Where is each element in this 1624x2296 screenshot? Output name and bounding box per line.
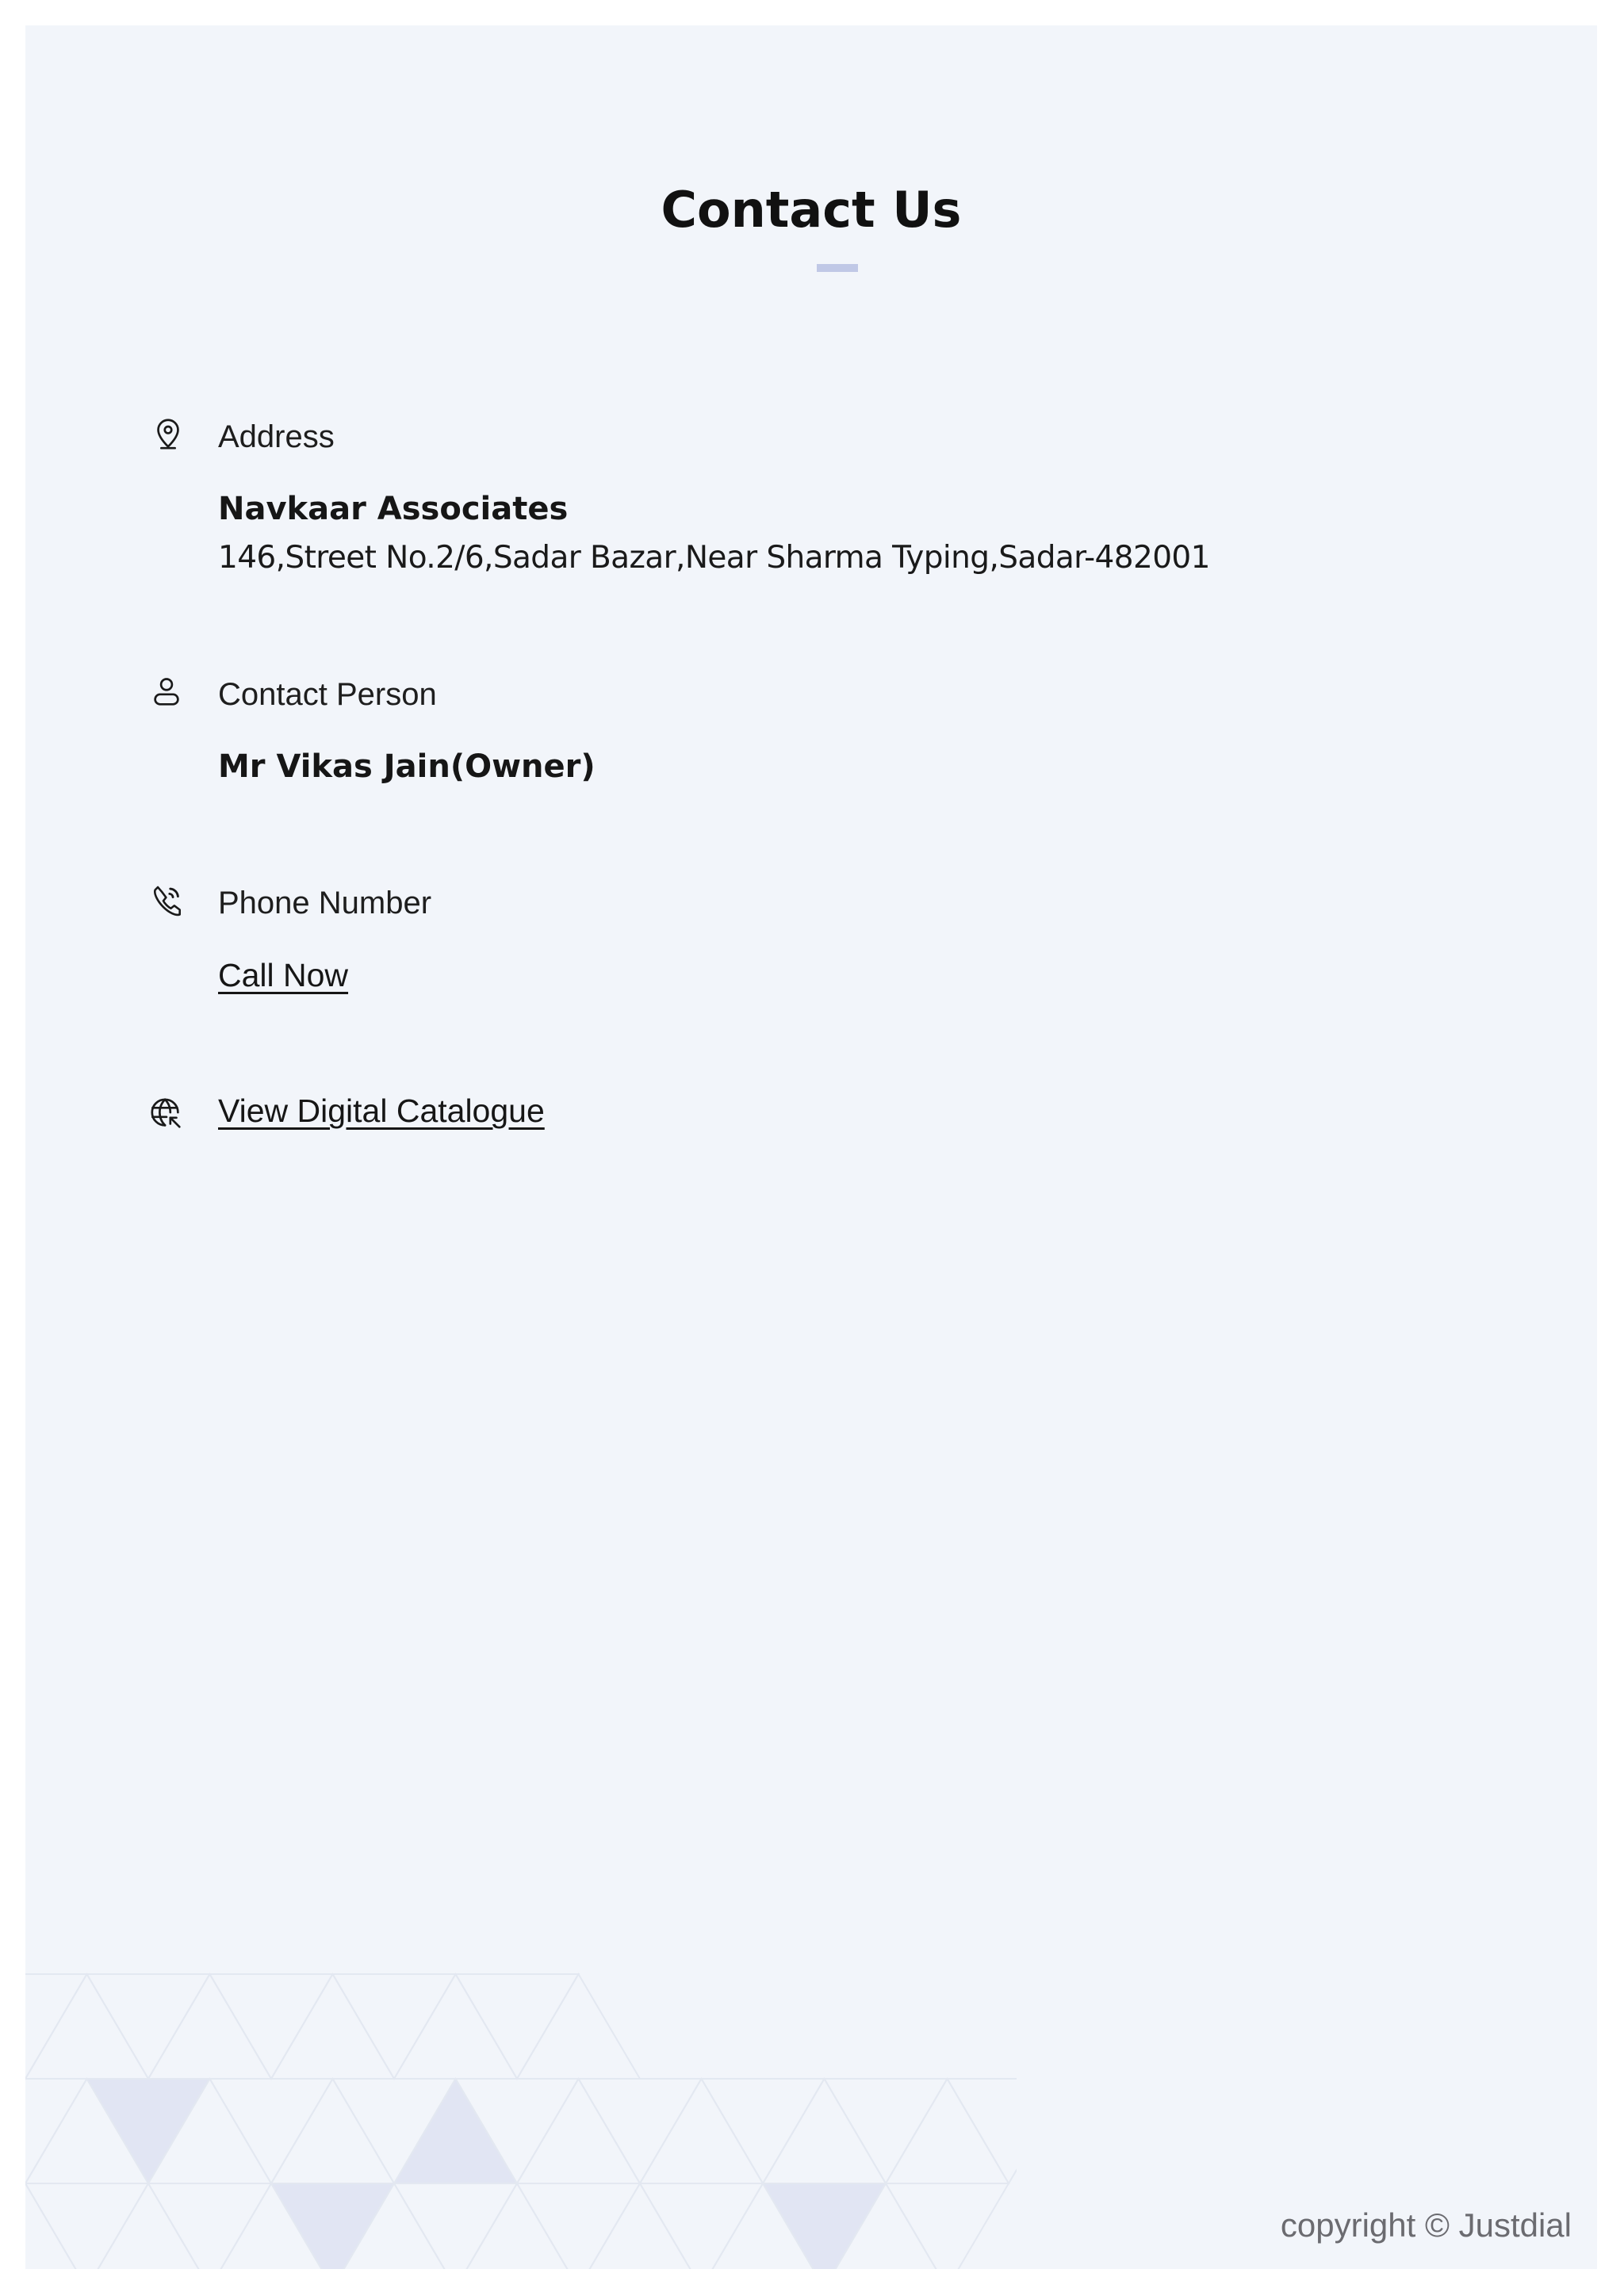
call-now-link[interactable]: Call Now <box>218 957 348 994</box>
user-icon <box>148 673 185 710</box>
page-title: Contact Us <box>25 181 1597 239</box>
title-accent-bar <box>817 264 858 272</box>
phone-label: Phone Number <box>218 886 431 921</box>
contact-person-label: Contact Person <box>218 677 437 713</box>
address-label: Address <box>218 419 335 455</box>
contact-card: Contact Us Address Navkaar Associates 14… <box>25 25 1597 2269</box>
decorative-triangle-pattern <box>25 1944 1017 2269</box>
contact-person-name: Mr Vikas Jain(Owner) <box>218 748 596 785</box>
view-digital-catalogue-link[interactable]: View Digital Catalogue <box>218 1093 545 1130</box>
business-name: Navkaar Associates <box>218 491 568 527</box>
globe-cursor-icon <box>148 1096 185 1132</box>
map-pin-icon <box>150 415 186 452</box>
phone-call-icon <box>148 882 185 919</box>
address-line: 146,Street No.2/6,Sadar Bazar,Near Sharm… <box>218 540 1210 576</box>
copyright-text: copyright © Justdial <box>1281 2206 1572 2244</box>
